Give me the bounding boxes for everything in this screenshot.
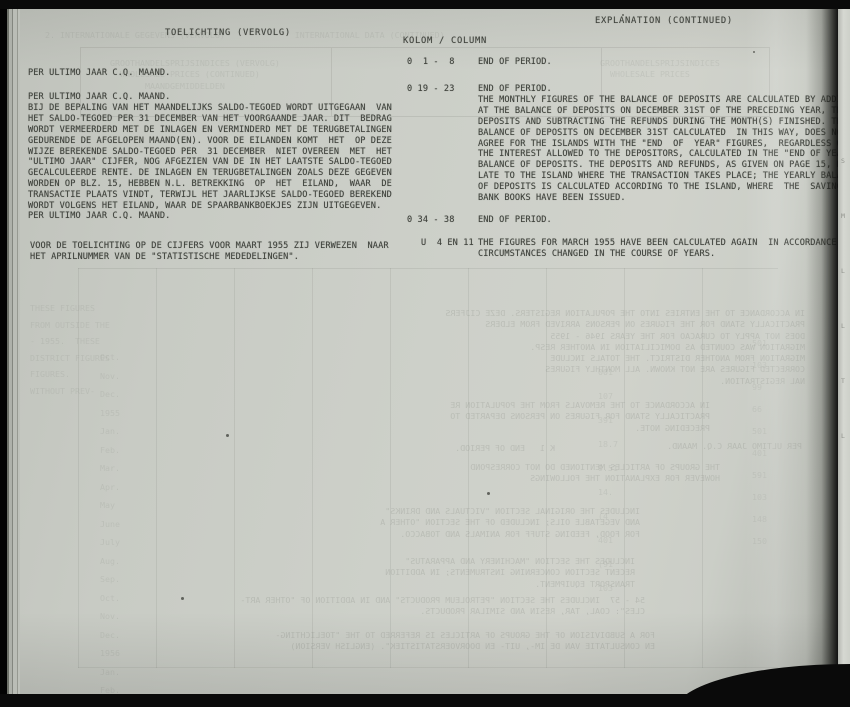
page-title-dutch: TOELICHTING (VERVOLG)	[165, 28, 291, 39]
top-scan-border	[0, 0, 850, 9]
column-header: KOLOM / COLUMN	[403, 36, 487, 47]
page-title-english: EXPLANATION (CONTINUED)	[595, 16, 733, 27]
entry-2-code: 0 19 - 23	[407, 84, 454, 95]
entry-2-dutch: PER ULTIMO JAAR C.Q. MAAND. BIJ DE BEPAL…	[28, 92, 468, 212]
bleed-through-text: PER ULTIMO JAAR C.Q. MAAND.	[612, 441, 802, 452]
entry-1-code: 0 1 - 8	[407, 57, 454, 68]
ink-speck	[226, 434, 229, 437]
entry-3-dutch: PER ULTIMO JAAR C.Q. MAAND.	[28, 211, 170, 222]
page-stack-edge	[0, 0, 20, 707]
ink-speck	[622, 14, 624, 16]
ink-speck	[753, 51, 755, 53]
next-page-edge: S M L L T L	[838, 9, 850, 677]
entry-1-dutch: PER ULTIMO JAAR C.Q. MAAND.	[28, 68, 170, 79]
bleed-through-text: K 1 END OF PERIOD.	[385, 443, 555, 454]
bleed-through-text: THESE FIGURES FROM OUTSIDE THE - 1955. T…	[30, 300, 110, 399]
entry-4-dutch: VOOR DE TOELICHTING OP DE CIJFERS VOOR M…	[30, 241, 470, 263]
ink-speck	[181, 597, 184, 600]
ink-speck	[487, 492, 490, 495]
bleed-through-text: INCLUDES THE ORIGINAL SECTION "VICTUALS …	[210, 506, 640, 540]
bleed-through-text: 54 - 57 INCLUDES THE SECTION "PETROLEUM …	[35, 595, 645, 618]
bottom-scan-border	[0, 694, 850, 707]
entry-4-english: THE FIGURES FOR MARCH 1955 HAVE BEEN CAL…	[478, 238, 838, 260]
bleed-through-text: THE GROUPS OF ARTICLES MENTIONED DO NOT …	[320, 462, 720, 485]
entry-1-english: END OF PERIOD.	[478, 57, 552, 68]
bleed-through-text: INCLUDES THE SECTION "MACHINERY AND APPA…	[215, 556, 635, 590]
entry-3-english: END OF PERIOD.	[478, 215, 552, 226]
bleed-through-text: IN ACCORDANCE TO THE REMOVALS FROM THE P…	[290, 400, 710, 434]
entry-4-code: U 4 EN 11	[421, 238, 474, 249]
entry-3-code: 0 34 - 38	[407, 215, 454, 226]
bleed-through-text: GROOTHANDELSPRIJSINDICES WHOLESALE PRICE…	[600, 58, 720, 81]
bleed-through-text: FOR A SUBDIVISION OF THE GROUPS OF ARTIC…	[35, 630, 655, 653]
scanned-page: 2. INTERNATIONALE GEGEVENS (VERVOLG) INT…	[18, 9, 838, 694]
book-gutter-shadow	[806, 9, 838, 694]
entry-2-english: END OF PERIOD. THE MONTHLY FIGURES OF TH…	[478, 84, 838, 204]
book-scan: 2. INTERNATIONALE GEGEVENS (VERVOLG) INT…	[0, 0, 850, 707]
next-page-edge-marks: S M L L T L	[841, 134, 845, 464]
bleed-through-text: IN ACCORDANCE TO THE ENTRIES INTO THE PO…	[165, 308, 805, 387]
